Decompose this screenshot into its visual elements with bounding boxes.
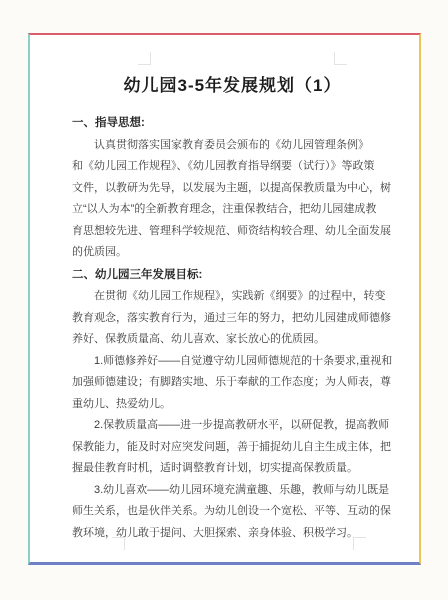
text-line: 育思想较先进、管理科学较规范、师资结构较合理、幼儿全面发展 (72, 221, 393, 243)
paragraph: 3.幼儿喜欢——幼儿园环境充满童趣、乐趣，教师与幼儿既是师生关系，也是伙伴关系。… (72, 480, 393, 545)
text-line: 3.幼儿喜欢——幼儿园环境充满童趣、乐趣，教师与幼儿既是 (72, 480, 393, 502)
paragraph: 1.师德修养好——自觉遵守幼儿园师德规范的十条要求,重视和加强师德建设；有脚踏实… (72, 351, 393, 416)
text-line: 2.保教质量高——进一步提高教研水平，以研促教，提高教师 (72, 415, 393, 437)
paragraph: 在贯彻《幼儿园工作规程》，实践新《纲要》的过程中，转变教育观念，落实教育行为，通… (72, 286, 393, 351)
text-line: 重幼儿、热爱幼儿。 (72, 394, 393, 416)
section-body-guiding-ideology: 认真贯彻落实国家教育委员会颁布的《幼儿园管理条例》和《幼儿园工作规程》、《幼儿园… (72, 135, 393, 264)
margin-crop-mark-top-left (138, 52, 151, 65)
text-line: 认真贯彻落实国家教育委员会颁布的《幼儿园管理条例》 (72, 135, 393, 157)
text-line: 立“以人为本”的全新教育理念，注重保教结合，把幼儿园建成教 (72, 199, 393, 221)
margin-crop-mark-top-right (334, 52, 347, 65)
section-heading-three-year-goals: 二、幼儿园三年发展目标: (72, 265, 393, 287)
text-line: 养好、保教质量高、幼儿喜欢、家长放心的优质园。 (72, 329, 393, 351)
section-body-three-year-goals: 在贯彻《幼儿园工作规程》，实践新《纲要》的过程中，转变教育观念，落实教育行为，通… (72, 286, 393, 544)
text-line: 加强师德建设；有脚踏实地、乐于奉献的工作态度；为人师表，尊 (72, 372, 393, 394)
text-line: 教育观念，落实教育行为，通过三年的努力，把幼儿园建成师德修 (72, 308, 393, 330)
text-line: 文件，以教研为先导，以发展为主题，以提高保教质量为中心，树 (72, 178, 393, 200)
page-content: 幼儿园3-5年发展规划（1） 一、指导思想: 认真贯彻落实国家教育委员会颁布的《… (30, 35, 419, 544)
paragraph: 2.保教质量高——进一步提高教研水平，以研促教，提高教师保教能力，能及时对应突发… (72, 415, 393, 480)
text-line: 和《幼儿园工作规程》、《幼儿园教育指导纲要（试行）》等政策 (72, 156, 393, 178)
margin-crop-mark-bottom-left (112, 537, 125, 550)
text-line: 1.师德修养好——自觉遵守幼儿园师德规范的十条要求,重视和 (72, 351, 393, 373)
section-heading-guiding-ideology: 一、指导思想: (72, 113, 393, 135)
text-line: 师生关系，也是伙伴关系。为幼儿创设一个宽松、平等、互动的保 (72, 501, 393, 523)
text-line: 在贯彻《幼儿园工作规程》，实践新《纲要》的过程中，转变 (72, 286, 393, 308)
text-line: 握最佳教育时机，适时调整教育计划，切实提高保教质量。 (72, 458, 393, 480)
document-page: 幼儿园3-5年发展规划（1） 一、指导思想: 认真贯彻落实国家教育委员会颁布的《… (28, 33, 421, 565)
paragraph: 认真贯彻落实国家教育委员会颁布的《幼儿园管理条例》和《幼儿园工作规程》、《幼儿园… (72, 135, 393, 264)
document-title: 幼儿园3-5年发展规划（1） (72, 73, 393, 99)
text-line: 的优质园。 (72, 242, 393, 264)
text-line: 保教能力，能及时对应突发问题，善于捕捉幼儿自主生成主体，把 (72, 437, 393, 459)
margin-crop-mark-bottom-right (353, 537, 366, 550)
